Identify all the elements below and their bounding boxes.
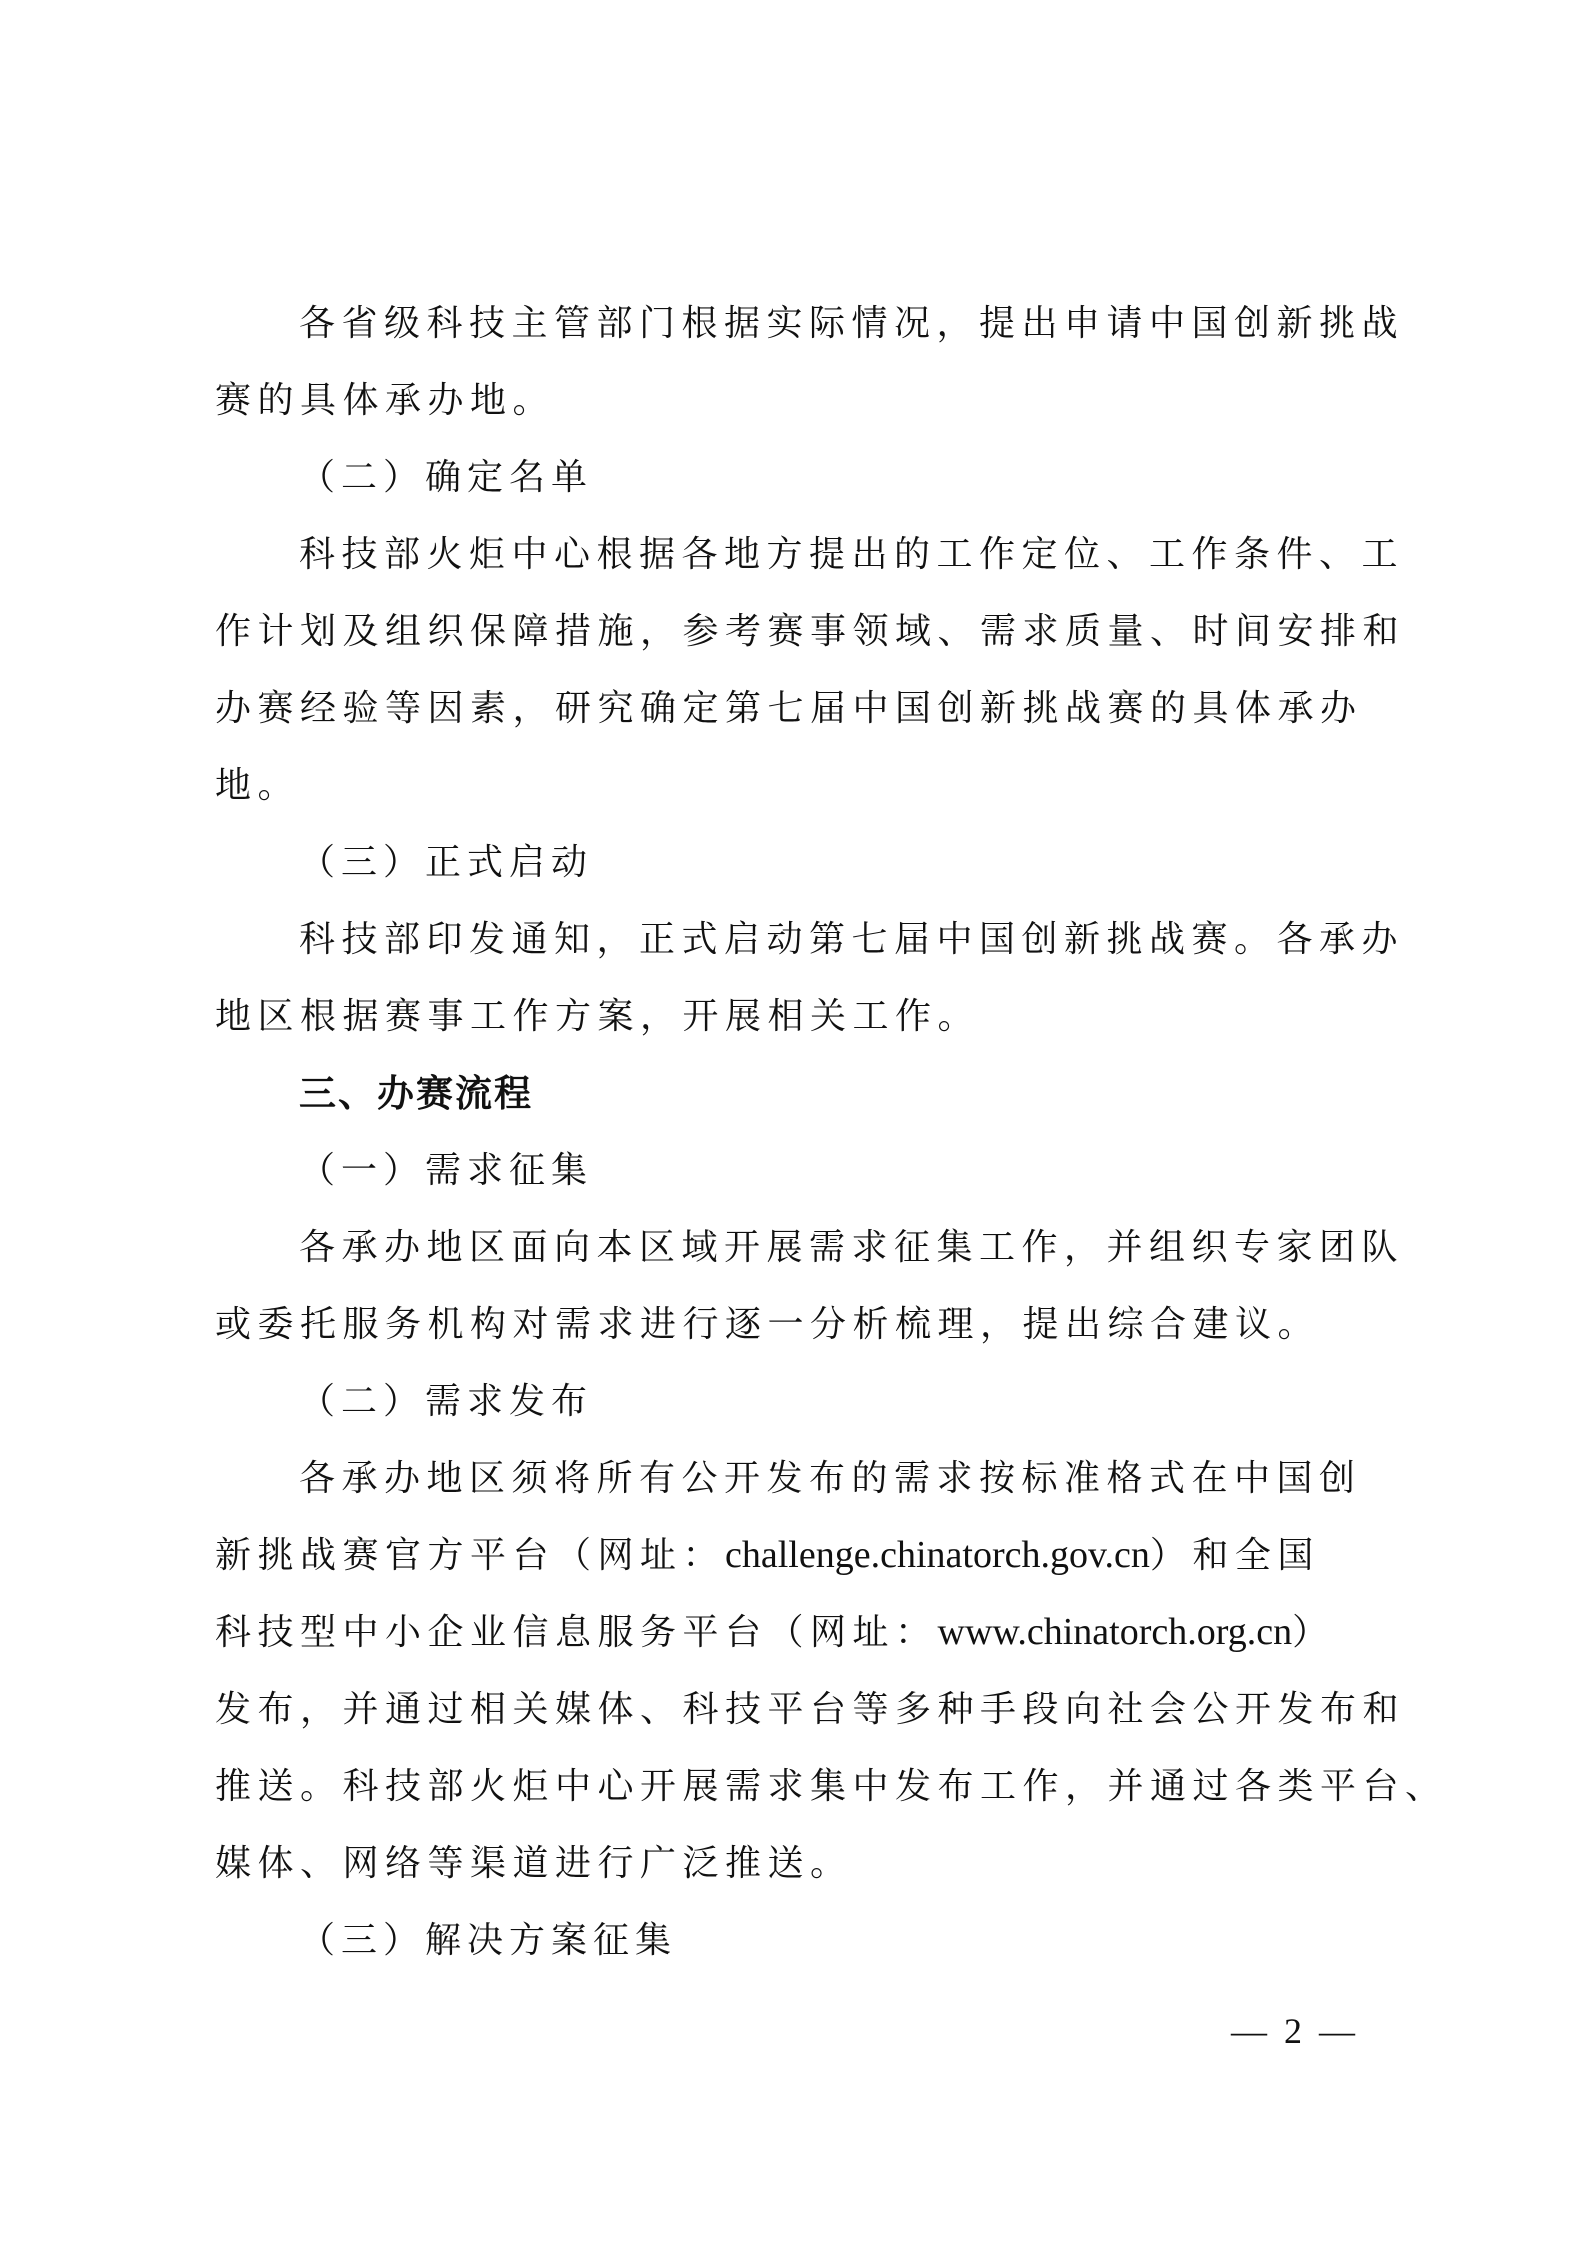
subheading-solution-collection: （三）解决方案征集: [215, 1902, 1390, 1979]
challenge-platform-url[interactable]: challenge.chinatorch.gov.cn: [725, 1534, 1150, 1576]
paragraph-line: 推送。科技部火炬中心开展需求集中发布工作，并通过各类平台、: [215, 1748, 1390, 1825]
document-body: 各省级科技主管部门根据实际情况，提出申请中国创新挑战 赛的具体承办地。 （二）确…: [215, 285, 1390, 1979]
paragraph-line: 作计划及组织保障措施，参考赛事领域、需求质量、时间安排和: [215, 593, 1390, 670]
paragraph-line: 科技型中小企业信息服务平台（网址：www.chinatorch.org.cn）: [215, 1594, 1390, 1671]
paragraph-line: 新挑战赛官方平台（网址：challenge.chinatorch.gov.cn）…: [215, 1517, 1390, 1594]
line-text: 媒体、网络等渠道进行广泛推送。: [215, 1843, 853, 1884]
paragraph-line: 赛的具体承办地。: [215, 362, 1390, 439]
subheading-official-launch: （三）正式启动: [215, 824, 1390, 901]
paragraph-line: 科技部火炬中心根据各地方提出的工作定位、工作条件、工: [215, 516, 1390, 593]
line-text: 各承办地区须将所有公开发布的需求按标准格式在中国创: [299, 1458, 1362, 1499]
chinatorch-platform-url[interactable]: www.chinatorch.org.cn: [938, 1611, 1293, 1653]
line-text: 推送。科技部火炬中心开展需求集中发布工作，并通过各类平台、: [215, 1766, 1448, 1807]
subheading-demand-collection: （一）需求征集: [215, 1132, 1390, 1209]
paragraph-line: 或委托服务机构对需求进行逐一分析梳理，提出综合建议。: [215, 1286, 1390, 1363]
paragraph-line: 各省级科技主管部门根据实际情况，提出申请中国创新挑战: [215, 285, 1390, 362]
paragraph-line: 地。: [215, 747, 1390, 824]
line-text: 科技型中小企业信息服务平台（网址：: [215, 1612, 938, 1653]
line-text: 发布，并通过相关媒体、科技平台等多种手段向社会公开发布和: [215, 1689, 1405, 1730]
subheading-demand-release: （二）需求发布: [215, 1363, 1390, 1440]
paragraph-line: 各承办地区面向本区域开展需求征集工作，并组织专家团队: [215, 1209, 1390, 1286]
subheading-confirm-list: （二）确定名单: [215, 439, 1390, 516]
line-text: ）: [1292, 1612, 1335, 1653]
paragraph-line: 发布，并通过相关媒体、科技平台等多种手段向社会公开发布和: [215, 1671, 1390, 1748]
paragraph-line: 媒体、网络等渠道进行广泛推送。: [215, 1825, 1390, 1902]
paragraph-line: 地区根据赛事工作方案，开展相关工作。: [215, 978, 1390, 1055]
line-text: 新挑战赛官方平台（网址：: [215, 1535, 725, 1576]
line-text: ）和全国: [1150, 1535, 1320, 1576]
paragraph-line: 科技部印发通知，正式启动第七届中国创新挑战赛。各承办: [215, 901, 1390, 978]
document-page: 各省级科技主管部门根据实际情况，提出申请中国创新挑战 赛的具体承办地。 （二）确…: [0, 0, 1587, 2245]
page-number: — 2 —: [1225, 2010, 1365, 2052]
section-heading-competition-process: 三、办赛流程: [215, 1055, 1390, 1132]
paragraph-line: 办赛经验等因素，研究确定第七届中国创新挑战赛的具体承办: [215, 670, 1390, 747]
paragraph-line: 各承办地区须将所有公开发布的需求按标准格式在中国创: [215, 1440, 1390, 1517]
